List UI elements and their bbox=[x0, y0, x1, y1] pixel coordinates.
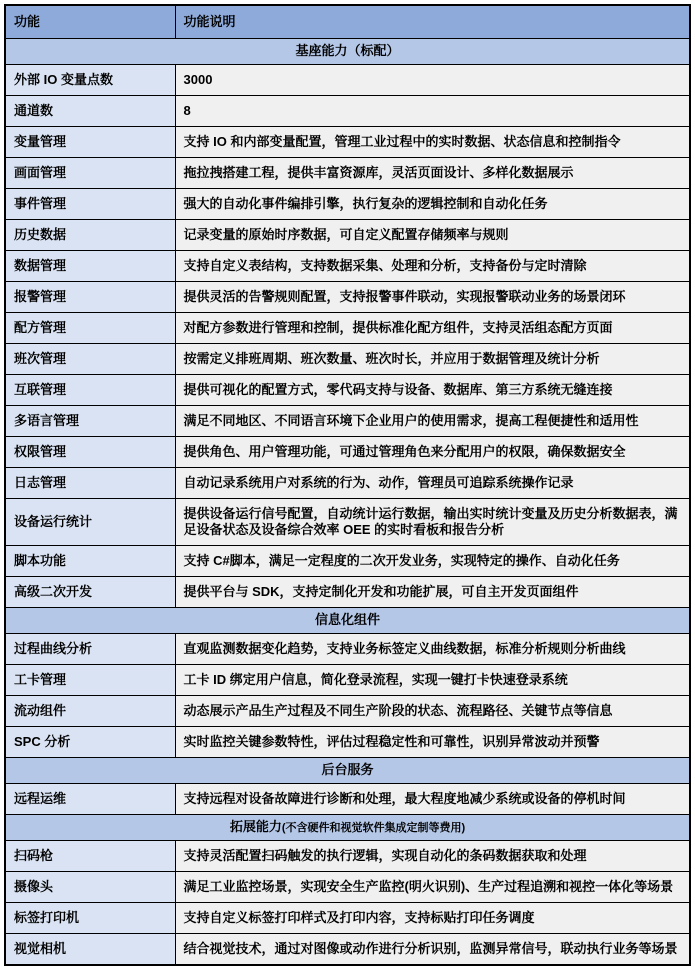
section-title: 基座能力（标配） bbox=[5, 39, 690, 65]
column-header-function: 功能 bbox=[5, 5, 175, 39]
section-title: 后台服务 bbox=[5, 758, 690, 784]
feature-description-cell: 支持自定义表结构，支持数据采集、处理和分析，支持备份与定时清除 bbox=[175, 251, 690, 282]
table-row: 设备运行统计 提供设备运行信号配置，自动统计运行数据，输出实时统计变量及历史分析… bbox=[5, 499, 690, 546]
section-label: 信息化组件 bbox=[315, 612, 380, 627]
feature-description-cell: 实时监控关键参数特性，评估过程稳定性和可靠性，识别异常波动并预警 bbox=[175, 727, 690, 758]
table-row: 过程曲线分析 直观监测数据变化趋势，支持业务标签定义曲线数据，标准分析规则分析曲… bbox=[5, 634, 690, 665]
table-row: SPC 分析 实时监控关键参数特性，评估过程稳定性和可靠性，识别异常波动并预警 bbox=[5, 727, 690, 758]
feature-table: 功能 功能说明 基座能力（标配） 外部 IO 变量点数 3000 通道数 8 变… bbox=[4, 4, 691, 966]
feature-name-cell: 事件管理 bbox=[5, 189, 175, 220]
table-row: 班次管理 按需定义排班周期、班次数量、班次时长，并应用于数据管理及统计分析 bbox=[5, 344, 690, 375]
section-label: 拓展能力 bbox=[230, 819, 282, 834]
feature-name-cell: 权限管理 bbox=[5, 437, 175, 468]
feature-description-cell: 拖拉拽搭建工程，提供丰富资源库，灵活页面设计、多样化数据展示 bbox=[175, 158, 690, 189]
table-row: 摄像头 满足工业监控场景，实现安全生产监控(明火识别)、生产过程追溯和视控一体化… bbox=[5, 872, 690, 903]
table-row: 视觉相机 结合视觉技术，通过对图像或动作进行分析识别，监测异常信号，联动执行业务… bbox=[5, 934, 690, 966]
feature-name-cell: 设备运行统计 bbox=[5, 499, 175, 546]
feature-description-cell: 强大的自动化事件编排引擎，执行复杂的逻辑控制和自动化任务 bbox=[175, 189, 690, 220]
feature-name-cell: 画面管理 bbox=[5, 158, 175, 189]
feature-name-cell: 报警管理 bbox=[5, 282, 175, 313]
table-row: 日志管理 自动记录系统用户对系统的行为、动作，管理员可追踪系统操作记录 bbox=[5, 468, 690, 499]
feature-description-cell: 支持 IO 和内部变量配置，管理工业过程中的实时数据、状态信息和控制指令 bbox=[175, 127, 690, 158]
table-row: 报警管理 提供灵活的告警规则配置，支持报警事件联动，实现报警联动业务的场景闭环 bbox=[5, 282, 690, 313]
section-row: 后台服务 bbox=[5, 758, 690, 784]
feature-name-cell: 摄像头 bbox=[5, 872, 175, 903]
feature-name-cell: 数据管理 bbox=[5, 251, 175, 282]
feature-name-cell: 高级二次开发 bbox=[5, 577, 175, 608]
feature-name-cell: 外部 IO 变量点数 bbox=[5, 65, 175, 96]
table-row: 扫码枪 支持灵活配置扫码触发的执行逻辑，实现自动化的条码数据获取和处理 bbox=[5, 841, 690, 872]
table-row: 外部 IO 变量点数 3000 bbox=[5, 65, 690, 96]
document-page: 功能 功能说明 基座能力（标配） 外部 IO 变量点数 3000 通道数 8 变… bbox=[0, 0, 695, 970]
table-row: 权限管理 提供角色、用户管理功能，可通过管理角色来分配用户的权限，确保数据安全 bbox=[5, 437, 690, 468]
feature-name-cell: SPC 分析 bbox=[5, 727, 175, 758]
table-row: 高级二次开发 提供平台与 SDK，支持定制化开发和功能扩展，可自主开发页面组件 bbox=[5, 577, 690, 608]
feature-description-cell: 结合视觉技术，通过对图像或动作进行分析识别，监测异常信号，联动执行业务等场景 bbox=[175, 934, 690, 966]
feature-name-cell: 远程运维 bbox=[5, 784, 175, 815]
feature-description-cell: 满足不同地区、不同语言环境下企业用户的使用需求，提高工程便捷性和适用性 bbox=[175, 406, 690, 437]
table-row: 变量管理 支持 IO 和内部变量配置，管理工业过程中的实时数据、状态信息和控制指… bbox=[5, 127, 690, 158]
section-label-suffix: (不含硬件和视觉软件集成定制等费用) bbox=[282, 822, 465, 834]
section-row: 基座能力（标配） bbox=[5, 39, 690, 65]
table-row: 配方管理 对配方参数进行管理和控制，提供标准化配方组件，支持灵活组态配方页面 bbox=[5, 313, 690, 344]
feature-description-cell: 按需定义排班周期、班次数量、班次时长，并应用于数据管理及统计分析 bbox=[175, 344, 690, 375]
table-row: 远程运维 支持远程对设备故障进行诊断和处理，最大程度地减少系统或设备的停机时间 bbox=[5, 784, 690, 815]
feature-description-cell: 8 bbox=[175, 96, 690, 127]
section-label: 基座能力（标配） bbox=[295, 43, 399, 58]
table-row: 工卡管理 工卡 ID 绑定用户信息，简化登录流程，实现一键打卡快速登录系统 bbox=[5, 665, 690, 696]
feature-description-cell: 工卡 ID 绑定用户信息，简化登录流程，实现一键打卡快速登录系统 bbox=[175, 665, 690, 696]
feature-name-cell: 工卡管理 bbox=[5, 665, 175, 696]
section-label: 后台服务 bbox=[321, 762, 373, 777]
feature-description-cell: 支持自定义标签打印样式及打印内容，支持标贴打印任务调度 bbox=[175, 903, 690, 934]
feature-name-cell: 历史数据 bbox=[5, 220, 175, 251]
feature-description-cell: 支持灵活配置扫码触发的执行逻辑，实现自动化的条码数据获取和处理 bbox=[175, 841, 690, 872]
table-body: 基座能力（标配） 外部 IO 变量点数 3000 通道数 8 变量管理 支持 I… bbox=[5, 39, 690, 966]
feature-name-cell: 过程曲线分析 bbox=[5, 634, 175, 665]
table-row: 标签打印机 支持自定义标签打印样式及打印内容，支持标贴打印任务调度 bbox=[5, 903, 690, 934]
feature-description-cell: 提供设备运行信号配置，自动统计运行数据，输出实时统计变量及历史分析数据表，满足设… bbox=[175, 499, 690, 546]
feature-description-cell: 直观监测数据变化趋势，支持业务标签定义曲线数据，标准分析规则分析曲线 bbox=[175, 634, 690, 665]
feature-name-cell: 通道数 bbox=[5, 96, 175, 127]
section-title: 信息化组件 bbox=[5, 608, 690, 634]
feature-name-cell: 脚本功能 bbox=[5, 546, 175, 577]
table-row: 脚本功能 支持 C#脚本，满足一定程度的二次开发业务，实现特定的操作、自动化任务 bbox=[5, 546, 690, 577]
feature-name-cell: 多语言管理 bbox=[5, 406, 175, 437]
table-row: 历史数据 记录变量的原始时序数据，可自定义配置存储频率与规则 bbox=[5, 220, 690, 251]
feature-description-cell: 自动记录系统用户对系统的行为、动作，管理员可追踪系统操作记录 bbox=[175, 468, 690, 499]
feature-description-cell: 支持远程对设备故障进行诊断和处理，最大程度地减少系统或设备的停机时间 bbox=[175, 784, 690, 815]
column-header-description: 功能说明 bbox=[175, 5, 690, 39]
table-row: 多语言管理 满足不同地区、不同语言环境下企业用户的使用需求，提高工程便捷性和适用… bbox=[5, 406, 690, 437]
feature-description-cell: 对配方参数进行管理和控制，提供标准化配方组件，支持灵活组态配方页面 bbox=[175, 313, 690, 344]
feature-name-cell: 变量管理 bbox=[5, 127, 175, 158]
feature-name-cell: 标签打印机 bbox=[5, 903, 175, 934]
feature-description-cell: 动态展示产品生产过程及不同生产阶段的状态、流程路径、关键节点等信息 bbox=[175, 696, 690, 727]
section-title: 拓展能力(不含硬件和视觉软件集成定制等费用) bbox=[5, 815, 690, 841]
feature-description-cell: 提供灵活的告警规则配置，支持报警事件联动，实现报警联动业务的场景闭环 bbox=[175, 282, 690, 313]
feature-description-cell: 提供可视化的配置方式，零代码支持与设备、数据库、第三方系统无缝连接 bbox=[175, 375, 690, 406]
section-row: 信息化组件 bbox=[5, 608, 690, 634]
table-row: 事件管理 强大的自动化事件编排引擎，执行复杂的逻辑控制和自动化任务 bbox=[5, 189, 690, 220]
feature-name-cell: 视觉相机 bbox=[5, 934, 175, 966]
table-row: 互联管理 提供可视化的配置方式，零代码支持与设备、数据库、第三方系统无缝连接 bbox=[5, 375, 690, 406]
feature-name-cell: 互联管理 bbox=[5, 375, 175, 406]
feature-name-cell: 流动组件 bbox=[5, 696, 175, 727]
table-row: 流动组件 动态展示产品生产过程及不同生产阶段的状态、流程路径、关键节点等信息 bbox=[5, 696, 690, 727]
table-row: 通道数 8 bbox=[5, 96, 690, 127]
feature-description-cell: 记录变量的原始时序数据，可自定义配置存储频率与规则 bbox=[175, 220, 690, 251]
feature-name-cell: 日志管理 bbox=[5, 468, 175, 499]
feature-name-cell: 班次管理 bbox=[5, 344, 175, 375]
feature-description-cell: 支持 C#脚本，满足一定程度的二次开发业务，实现特定的操作、自动化任务 bbox=[175, 546, 690, 577]
feature-name-cell: 扫码枪 bbox=[5, 841, 175, 872]
section-row: 拓展能力(不含硬件和视觉软件集成定制等费用) bbox=[5, 815, 690, 841]
feature-name-cell: 配方管理 bbox=[5, 313, 175, 344]
feature-description-cell: 提供平台与 SDK，支持定制化开发和功能扩展，可自主开发页面组件 bbox=[175, 577, 690, 608]
table-row: 画面管理 拖拉拽搭建工程，提供丰富资源库，灵活页面设计、多样化数据展示 bbox=[5, 158, 690, 189]
feature-description-cell: 提供角色、用户管理功能，可通过管理角色来分配用户的权限，确保数据安全 bbox=[175, 437, 690, 468]
feature-description-cell: 3000 bbox=[175, 65, 690, 96]
table-header-row: 功能 功能说明 bbox=[5, 5, 690, 39]
table-row: 数据管理 支持自定义表结构，支持数据采集、处理和分析，支持备份与定时清除 bbox=[5, 251, 690, 282]
feature-description-cell: 满足工业监控场景，实现安全生产监控(明火识别)、生产过程追溯和视控一体化等场景 bbox=[175, 872, 690, 903]
